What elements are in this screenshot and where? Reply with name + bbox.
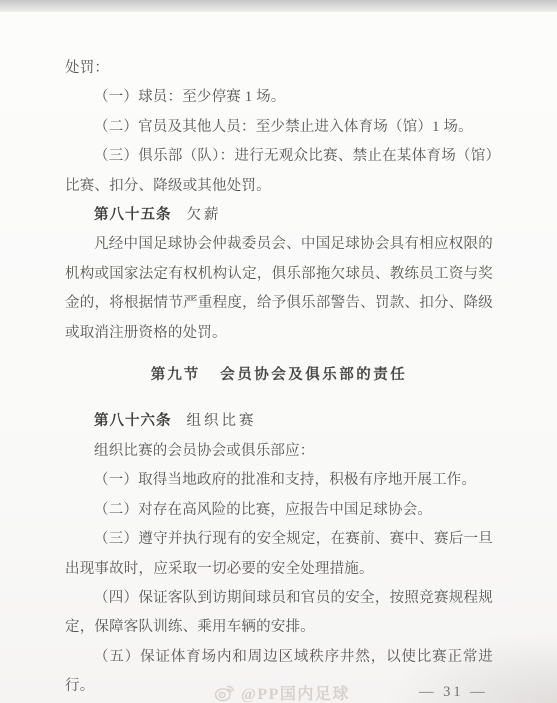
article-86-title: 组织比赛 (187, 413, 257, 429)
section-9-heading: 第九节会员协会及俱乐部的责任 (65, 361, 493, 390)
list-item: （三）俱乐部（队）：进行无观众比赛、禁止在某体育场（馆）比赛、扣分、降级或其他处… (65, 142, 493, 201)
section-9-number: 第九节 (151, 367, 201, 383)
article-85-number: 第八十五条 (94, 207, 172, 223)
article-85-heading: 第八十五条欠薪 (65, 201, 493, 230)
article-86-number: 第八十六条 (94, 413, 172, 429)
weibo-icon (214, 682, 235, 703)
section-9-title: 会员协会及俱乐部的责任 (220, 367, 407, 383)
weibo-watermark: @PP国内足球 (214, 681, 350, 703)
document-page: 处罚： （一）球员：至少停赛 1 场。 （二）官员及其他人员：至少禁止进入体育场… (0, 12, 557, 703)
scan-top-edge (0, 0, 557, 12)
list-item: （四）保证客队到访期间球员和官员的安全，按照竞赛规程规定，保障客队训练、乘用车辆… (65, 584, 493, 643)
list-item: （一）取得当地政府的批准和支持，积极有序地开展工作。 (65, 466, 493, 495)
article-85-title: 欠薪 (187, 207, 222, 223)
article-86-lead: 组织比赛的会员协会或俱乐部应： (65, 437, 493, 466)
intro-paragraph: 处罚： (65, 54, 493, 83)
article-86-heading: 第八十六条组织比赛 (65, 407, 493, 436)
list-item: （三）遵守并执行现有的安全规定，在赛前、赛中、赛后一旦出现事故时，应采取一切必要… (65, 525, 493, 584)
list-item: （二）官员及其他人员：至少禁止进入体育场（馆）1 场。 (65, 113, 493, 142)
list-item: （二）对存在高风险的比赛，应报告中国足球协会。 (65, 496, 493, 525)
list-item: （一）球员：至少停赛 1 场。 (65, 83, 493, 112)
article-85-body: 凡经中国足球协会仲裁委员会、中国足球协会具有相应权限的机构或国家法定有权机构认定… (65, 230, 493, 348)
watermark-text: @PP国内足球 (241, 681, 350, 703)
document-body: 处罚： （一）球员：至少停赛 1 场。 （二）官员及其他人员：至少禁止进入体育场… (65, 54, 493, 702)
page-number: — 31 — (419, 684, 488, 701)
